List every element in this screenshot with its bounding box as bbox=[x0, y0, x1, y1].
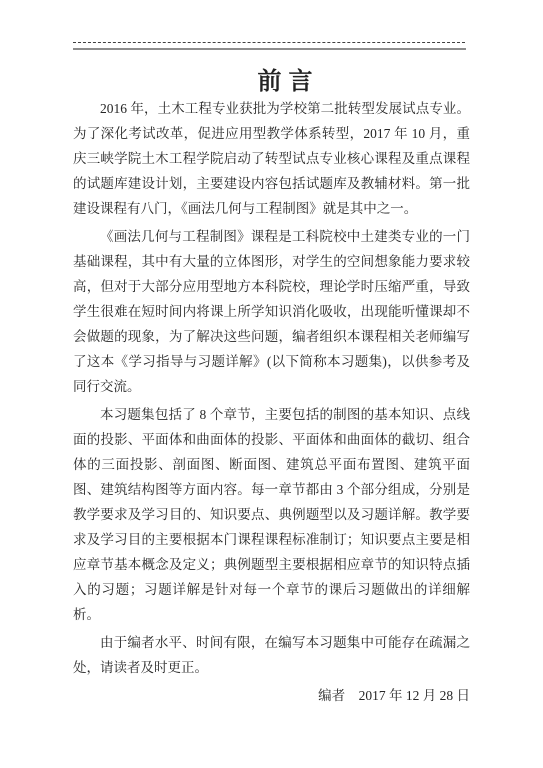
header-dashed-rule bbox=[73, 42, 465, 43]
document-page: 前言 2016 年，土木工程专业获批为学校第二批转型发展试点专业。为了深化考试改… bbox=[0, 0, 543, 768]
paragraph-apology: 由于编者水平、时间有限，在编写本习题集中可能存在疏漏之处，请读者及时更正。 bbox=[73, 630, 470, 680]
paragraph-course-background: 《画法几何与工程制图》课程是工科院校中土建类专业的一门基础课程，其中有大量的立体… bbox=[73, 224, 470, 399]
document-body: 2016 年，土木工程专业获批为学校第二批转型发展试点专业。为了深化考试改革，促… bbox=[73, 96, 470, 711]
header-solid-rule bbox=[73, 48, 466, 50]
paragraph-intro: 2016 年，土木工程专业获批为学校第二批转型发展试点专业。为了深化考试改革，促… bbox=[73, 96, 470, 221]
page-title: 前言 bbox=[73, 61, 470, 96]
paragraph-contents-overview: 本习题集包括了 8 个章节，主要包括的制图的基本知识、点线面的投影、平面体和曲面… bbox=[73, 402, 470, 627]
author-date-line: 编者 2017 年 12 月 28 日 bbox=[73, 683, 470, 708]
